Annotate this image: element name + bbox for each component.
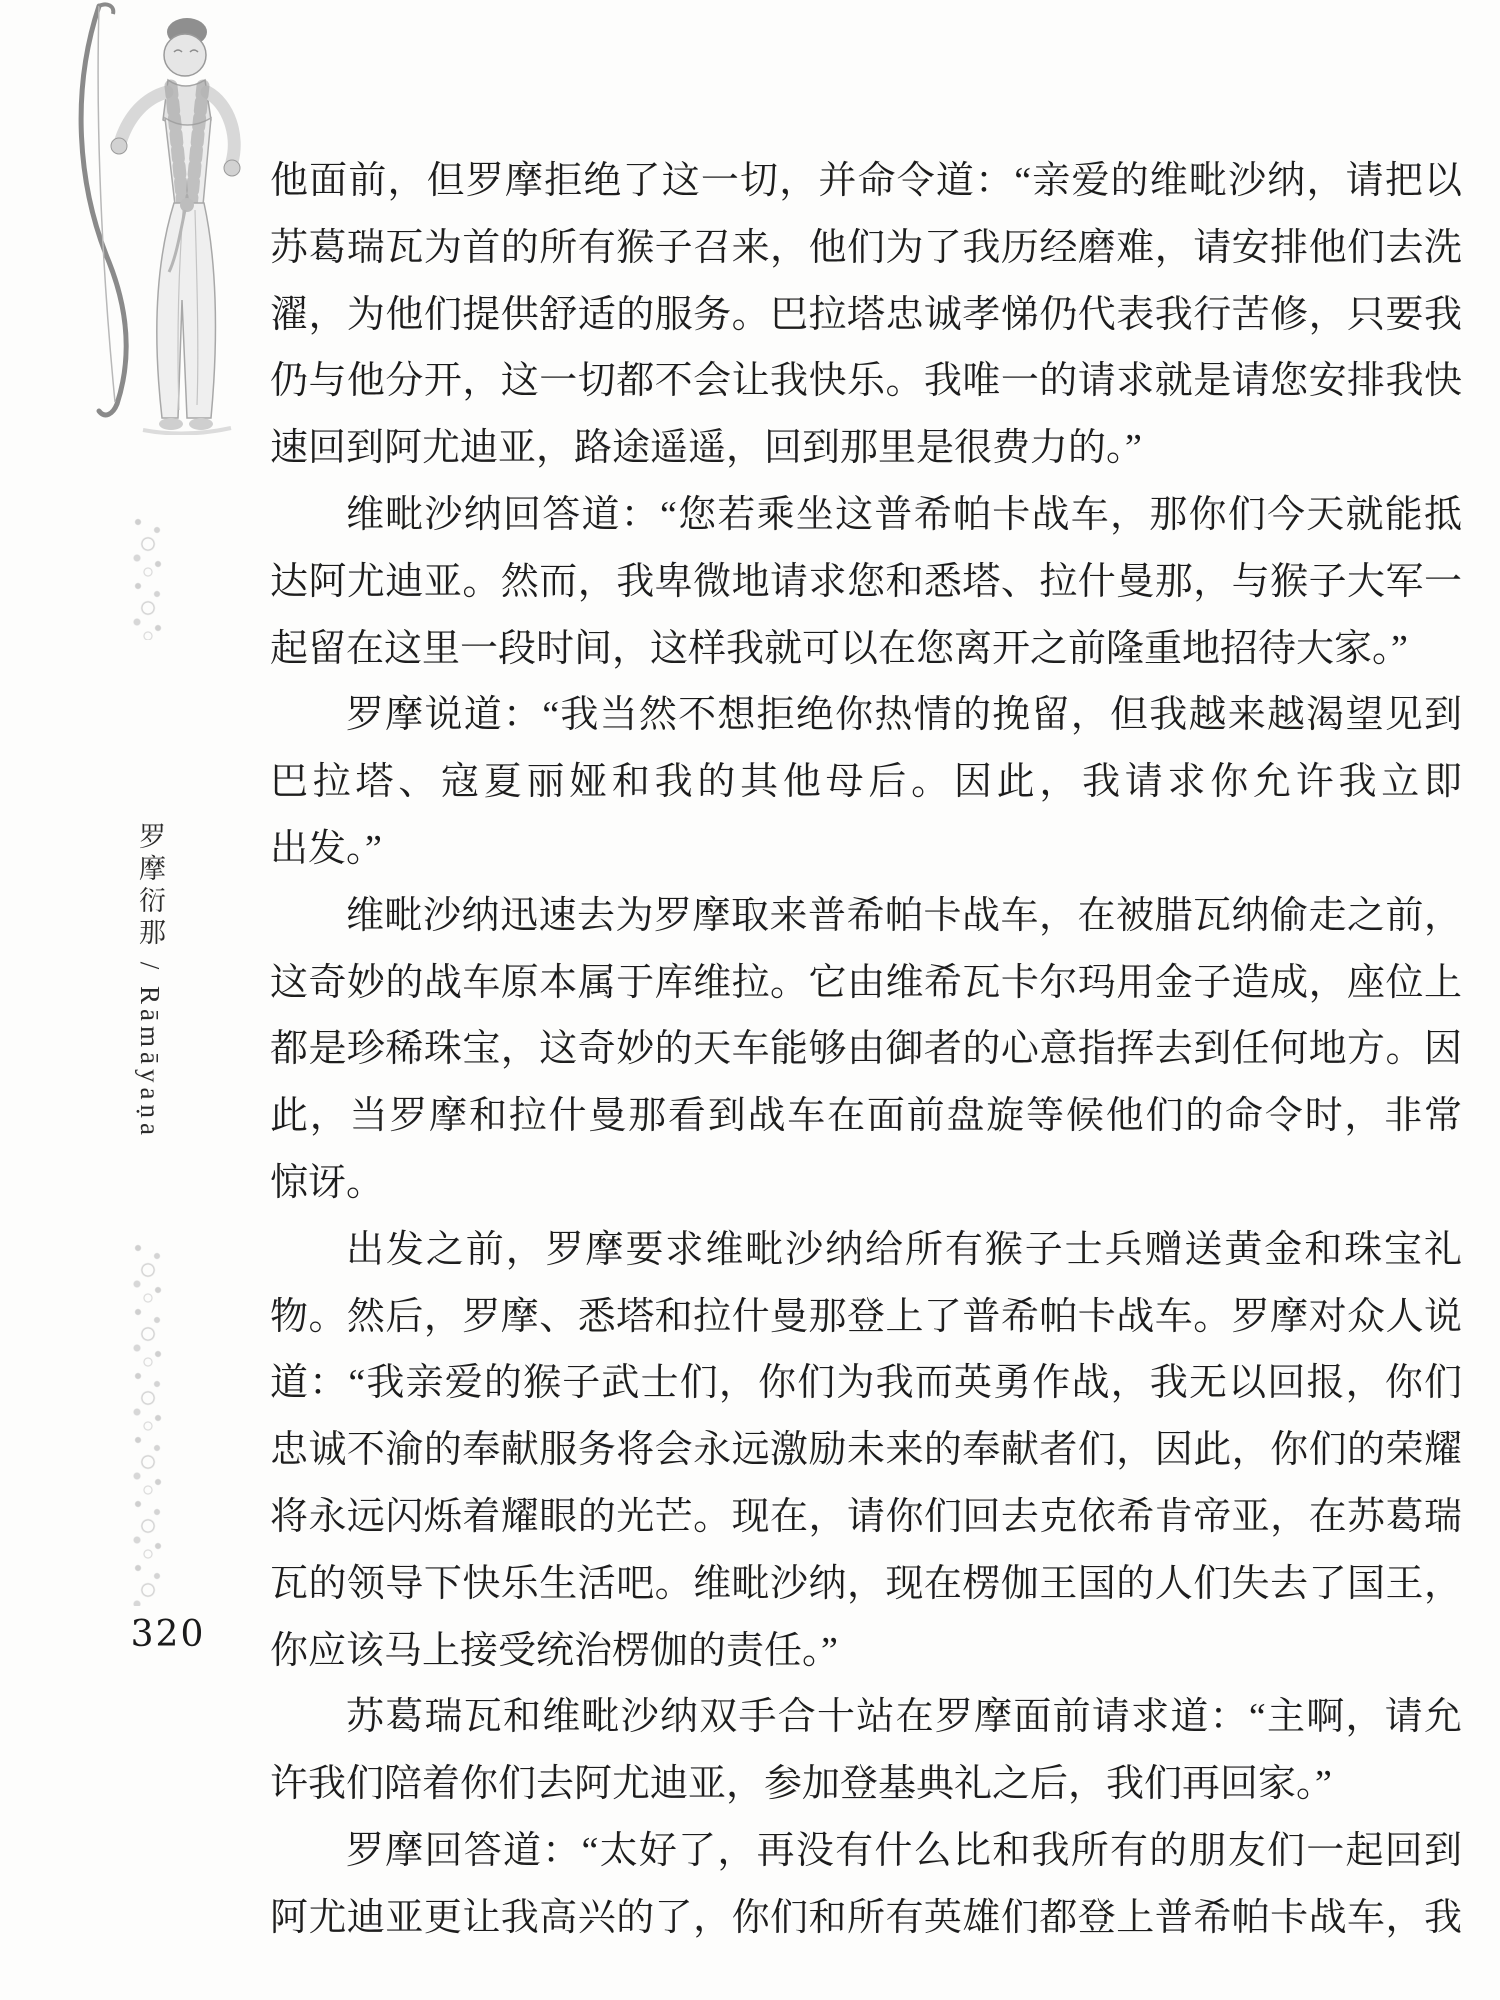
text-line: 维毗沙纳迅速去为罗摩取来普希帕卡战车，在被腊瓦纳偷走之前， [270, 883, 1462, 950]
text-line: 巴拉塔、寇夏丽娅和我的其他母后。因此，我请求你允许我立即 [270, 749, 1462, 816]
ornament-top-border-icon [129, 514, 167, 640]
page-number: 320 [116, 1614, 220, 1655]
text-line: 濯，为他们提供舒适的服务。巴拉塔忠诚孝悌仍代表我行苦修，只要我 [270, 282, 1462, 349]
text-line: 许我们陪着你们去阿尤迪亚，参加登基典礼之后，我们再回家。” [270, 1751, 1462, 1818]
ornament-bottom-border-icon [129, 1240, 167, 1606]
rama-illustration [35, 0, 245, 435]
text-line: 他面前，但罗摩拒绝了这一切，并命令道：“亲爱的维毗沙纳，请把以 [270, 148, 1462, 215]
text-line: 仍与他分开，这一切都不会让我快乐。我唯一的请求就是请您安排我快 [270, 348, 1462, 415]
text-line: 出发之前，罗摩要求维毗沙纳给所有猴子士兵赠送黄金和珠宝礼 [270, 1217, 1462, 1284]
text-line: 达阿尤迪亚。然而，我卑微地请求您和悉塔、拉什曼那，与猴子大军一 [270, 549, 1462, 616]
text-line: 起留在这里一段时间，这样我就可以在您离开之前隆重地招待大家。” [270, 616, 1462, 683]
text-line: 罗摩回答道：“太好了，再没有什么比和我所有的朋友们一起回到 [270, 1818, 1462, 1885]
text-line: 此，当罗摩和拉什曼那看到战车在面前盘旋等候他们的命令时，非常 [270, 1083, 1462, 1150]
text-line: 都是珍稀珠宝，这奇妙的天车能够由御者的心意指挥去到任何地方。因 [270, 1016, 1462, 1083]
text-line: 阿尤迪亚更让我高兴的了，你们和所有英雄们都登上普希帕卡战车，我 [270, 1885, 1462, 1952]
text-line: 物。然后，罗摩、悉塔和拉什曼那登上了普希帕卡战车。罗摩对众人说 [270, 1284, 1462, 1351]
text-block: 他面前，但罗摩拒绝了这一切，并命令道：“亲爱的维毗沙纳，请把以 苏葛瑞瓦为首的所… [270, 148, 1462, 1952]
text-line: 速回到阿尤迪亚，路途遥遥，回到那里是很费力的。” [270, 415, 1462, 482]
text-line: 罗摩说道：“我当然不想拒绝你热情的挽留，但我越来越渴望见到 [270, 682, 1462, 749]
text-line: 维毗沙纳回答道：“您若乘坐这普希帕卡战车，那你们今天就能抵 [270, 482, 1462, 549]
book-title-vertical: 罗摩衍那 / Rāmāyaṇa [131, 822, 170, 1140]
text-line: 这奇妙的战车原本属于库维拉。它由维希瓦卡尔玛用金子造成，座位上 [270, 950, 1462, 1017]
text-line: 出发。” [270, 816, 1462, 883]
book-page: 罗摩衍那 / Rāmāyaṇa 320 他面前，但罗摩拒绝了这一切，并命令道：“… [0, 0, 1500, 2000]
text-line: 你应该马上接受统治楞伽的责任。” [270, 1618, 1462, 1685]
text-line: 苏葛瑞瓦为首的所有猴子召来，他们为了我历经磨难，请安排他们去洗 [270, 215, 1462, 282]
text-line: 瓦的领导下快乐生活吧。维毗沙纳，现在楞伽王国的人们失去了国王， [270, 1551, 1462, 1618]
text-line: 道：“我亲爱的猴子武士们，你们为我而英勇作战，我无以回报，你们 [270, 1350, 1462, 1417]
text-line: 忠诚不渝的奉献服务将会永远激励未来的奉献者们，因此，你们的荣耀 [270, 1417, 1462, 1484]
text-line: 苏葛瑞瓦和维毗沙纳双手合十站在罗摩面前请求道：“主啊，请允 [270, 1684, 1462, 1751]
rama-with-bow-icon [35, 0, 245, 435]
text-line: 将永远闪烁着耀眼的光芒。现在，请你们回去克依希肯帝亚，在苏葛瑞 [270, 1484, 1462, 1551]
text-line: 惊讶。 [270, 1150, 1462, 1217]
